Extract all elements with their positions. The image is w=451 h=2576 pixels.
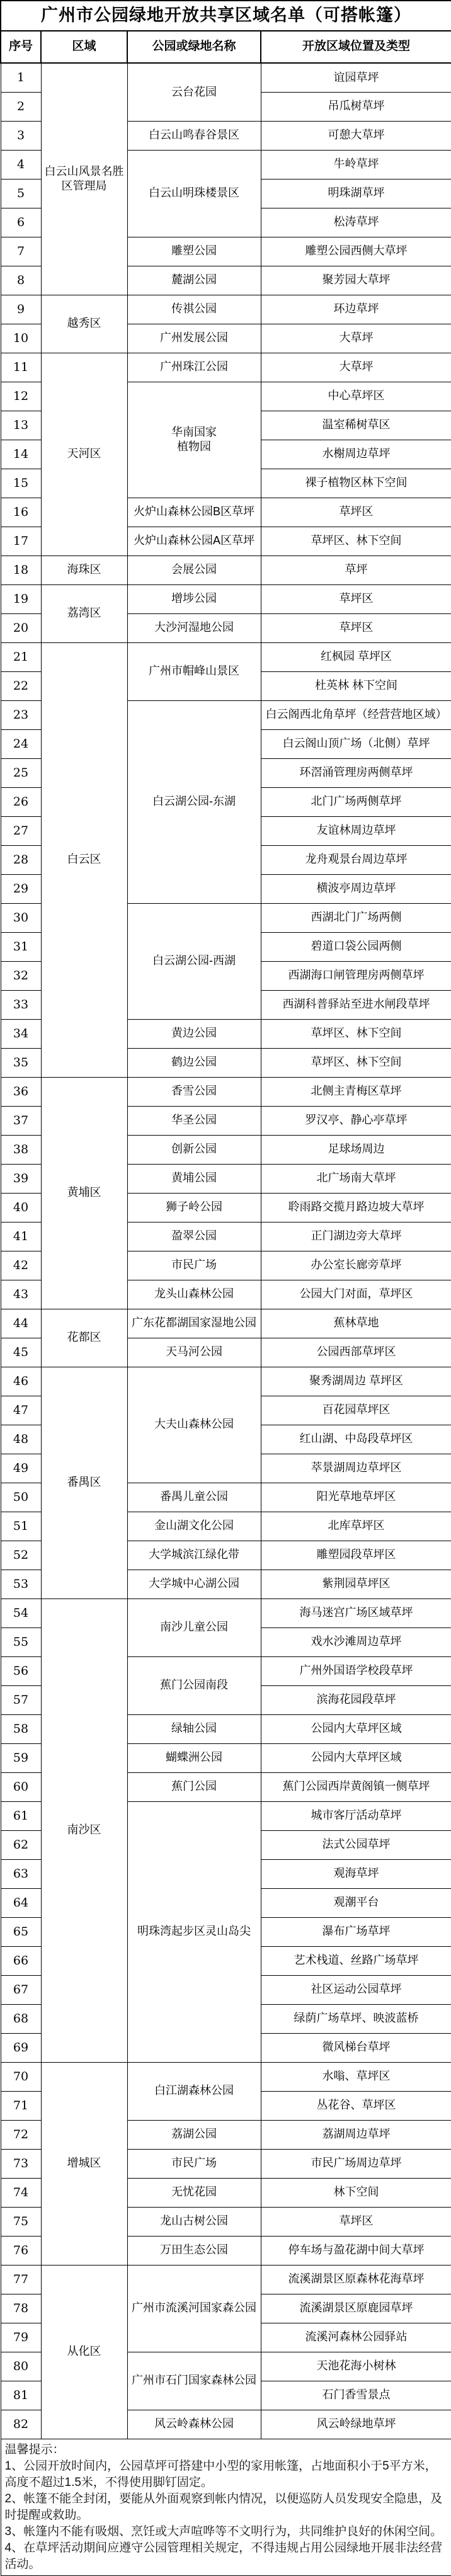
area-cell: 大草坪 [261, 324, 451, 353]
row-number: 50 [1, 1483, 41, 1512]
area-cell: 明珠湖草坪 [261, 179, 451, 208]
area-cell: 龙舟观景台周边草坪 [261, 845, 451, 874]
row-number: 31 [1, 932, 41, 961]
row-number: 48 [1, 1425, 41, 1454]
row-number: 80 [1, 2352, 41, 2381]
row-number: 17 [1, 527, 41, 556]
row-number: 58 [1, 1714, 41, 1743]
note-item: 1、公园开放时间内，公园草坪可搭建中小型的家用帐篷，占地面积小于5平方米，高度不… [5, 2458, 448, 2491]
row-number: 7 [1, 237, 41, 266]
area-cell: 雕塑公园西侧大草坪 [261, 237, 451, 266]
notes-heading: 温馨提示： [5, 2442, 448, 2458]
park-cell: 白云湖公园-西湖 [127, 903, 261, 1019]
park-cell: 盈翠公园 [127, 1222, 261, 1251]
area-cell: 草坪区 [261, 584, 451, 613]
row-number: 24 [1, 729, 41, 758]
table-row: 19荔湾区增埗公园草坪区 [1, 584, 451, 613]
table-row: 36黄埔区香雪公园北侧主青梅区草坪 [1, 1077, 451, 1106]
table-row: 77从化区广州市流溪河国家森公园流溪湖景区原森林花海草坪 [1, 2265, 451, 2294]
row-number: 16 [1, 498, 41, 527]
area-cell: 白云阁山顶广场（北侧）草坪 [261, 729, 451, 758]
park-cell: 大夫山森林公园 [127, 1367, 261, 1483]
row-number: 54 [1, 1599, 41, 1627]
row-number: 41 [1, 1222, 41, 1251]
row-number: 49 [1, 1454, 41, 1483]
row-number: 61 [1, 1801, 41, 1830]
table-row: 9越秀区传祺公园环边草坪 [1, 295, 451, 324]
park-cell: 增埗公园 [127, 584, 261, 613]
park-cell: 明珠湾起步区灵山岛尖 [127, 1801, 261, 2062]
row-number: 3 [1, 121, 41, 150]
row-number: 59 [1, 1743, 41, 1772]
area-cell: 谊园草坪 [261, 63, 451, 92]
area-cell: 聚芳园大草坪 [261, 266, 451, 295]
row-number: 33 [1, 990, 41, 1019]
area-cell: 聚秀湖周边 草坪区 [261, 1367, 451, 1396]
row-number: 5 [1, 179, 41, 208]
district-cell: 荔湾区 [41, 584, 127, 642]
area-cell: 草坪区 [261, 613, 451, 642]
district-cell: 黄埔区 [41, 1077, 127, 1309]
area-cell: 社区运动公园草坪 [261, 1975, 451, 2004]
park-cell: 龙头山森林公园 [127, 1280, 261, 1309]
row-number: 22 [1, 671, 41, 700]
district-cell: 南沙区 [41, 1599, 127, 2062]
park-cell: 无忧花园 [127, 2178, 261, 2207]
park-cell: 鹤边公园 [127, 1048, 261, 1077]
row-number: 52 [1, 1541, 41, 1570]
row-number: 56 [1, 1656, 41, 1685]
table-row: 1白云山风景名胜区管理局云台花园谊园草坪 [1, 63, 451, 92]
row-number: 74 [1, 2178, 41, 2207]
area-cell: 办公室长廊旁草坪 [261, 1251, 451, 1280]
area-cell: 环滘涌管理房两侧草坪 [261, 758, 451, 787]
area-cell: 北广场南大草坪 [261, 1164, 451, 1193]
area-cell: 风云岭绿地草坪 [261, 2410, 451, 2439]
row-number: 81 [1, 2381, 41, 2410]
area-cell: 流溪湖景区原森林花海草坪 [261, 2265, 451, 2294]
area-cell: 西湖北门广场两侧 [261, 903, 451, 932]
note-item: 3、帐篷内不能有吸烟、烹饪或大声喧哗等不文明行为，共同维护良好的休闲空间。 [5, 2524, 448, 2540]
area-cell: 阳光草地草坪区 [261, 1483, 451, 1512]
area-cell: 蕉林草地 [261, 1309, 451, 1338]
park-cell: 荔湖公园 [127, 2120, 261, 2149]
row-number: 46 [1, 1367, 41, 1396]
area-cell: 草坪区 [261, 498, 451, 527]
park-cell: 大沙河湿地公园 [127, 613, 261, 642]
park-cell: 龙山古树公园 [127, 2207, 261, 2236]
park-cell: 绿轴公园 [127, 1714, 261, 1743]
area-cell: 横波亭周边草坪 [261, 874, 451, 903]
park-cell: 白云山明珠楼景区 [127, 150, 261, 237]
area-cell: 足球场周边 [261, 1135, 451, 1164]
table-row: 18海珠区会展公园草坪 [1, 556, 451, 584]
row-number: 29 [1, 874, 41, 903]
row-number: 64 [1, 1888, 41, 1917]
row-number: 27 [1, 816, 41, 845]
park-cell: 番禺儿童公园 [127, 1483, 261, 1512]
row-number: 78 [1, 2294, 41, 2323]
row-number: 43 [1, 1280, 41, 1309]
area-cell: 天池花海小树林 [261, 2352, 451, 2381]
area-cell: 雕塑园段草坪区 [261, 1541, 451, 1570]
row-number: 25 [1, 758, 41, 787]
park-cell: 狮子岭公园 [127, 1193, 261, 1222]
area-cell: 环边草坪 [261, 295, 451, 324]
row-number: 2 [1, 92, 41, 121]
row-number: 15 [1, 469, 41, 498]
row-number: 28 [1, 845, 41, 874]
area-cell: 草坪区、林下空间 [261, 1019, 451, 1048]
row-number: 75 [1, 2207, 41, 2236]
row-number: 76 [1, 2236, 41, 2265]
area-cell: 红枫园 草坪区 [261, 642, 451, 671]
row-number: 73 [1, 2149, 41, 2178]
row-number: 70 [1, 2062, 41, 2091]
row-number: 69 [1, 2033, 41, 2062]
row-number: 39 [1, 1164, 41, 1193]
row-number: 57 [1, 1685, 41, 1714]
district-cell: 白云区 [41, 642, 127, 1077]
area-cell: 可憩大草坪 [261, 121, 451, 150]
row-number: 68 [1, 2004, 41, 2033]
area-cell: 海马迷宫广场区域草坪 [261, 1599, 451, 1627]
row-number: 4 [1, 150, 41, 179]
area-cell: 荔湖周边草坪 [261, 2120, 451, 2149]
park-cell: 广州市流溪河国家森公园 [127, 2265, 261, 2352]
row-number: 45 [1, 1338, 41, 1367]
area-cell: 草坪区 [261, 2207, 451, 2236]
area-cell: 停车场与盈花湖中间大草坪 [261, 2236, 451, 2265]
row-number: 8 [1, 266, 41, 295]
park-cell: 广州市石门国家森林公园 [127, 2352, 261, 2410]
park-cell: 广州珠江公园 [127, 353, 261, 382]
park-cell: 金山湖文化公园 [127, 1512, 261, 1541]
row-number: 60 [1, 1772, 41, 1801]
park-cell: 万田生态公园 [127, 2236, 261, 2265]
area-cell: 裸子植物区林下空间 [261, 469, 451, 498]
park-cell: 雕塑公园 [127, 237, 261, 266]
park-cell: 广州市帽峰山景区 [127, 642, 261, 700]
area-cell: 西湖科普驿站至进水闸段草坪 [261, 990, 451, 1019]
area-cell: 牛岭草坪 [261, 150, 451, 179]
area-cell: 碧道口袋公园两侧 [261, 932, 451, 961]
park-cell: 市民广场 [127, 1251, 261, 1280]
park-cell: 蕉门公园 [127, 1772, 261, 1801]
district-cell: 番禺区 [41, 1367, 127, 1599]
park-cell: 天马河公园 [127, 1338, 261, 1367]
area-cell: 公园大门对面，草坪区 [261, 1280, 451, 1309]
row-number: 42 [1, 1251, 41, 1280]
area-cell: 市民广场周边草坪 [261, 2149, 451, 2178]
park-cell: 香雪公园 [127, 1077, 261, 1106]
park-cell: 大学城中心湖公园 [127, 1570, 261, 1599]
area-cell: 观海草坪 [261, 1859, 451, 1888]
area-cell: 北侧主青梅区草坪 [261, 1077, 451, 1106]
area-cell: 公园内大草坪区域 [261, 1743, 451, 1772]
area-cell: 北门广场两侧草坪 [261, 787, 451, 816]
col-header-number: 序号 [1, 31, 41, 63]
row-number: 30 [1, 903, 41, 932]
table-row: 46番禺区大夫山森林公园聚秀湖周边 草坪区 [1, 1367, 451, 1396]
note-item: 4、在草坪活动期间应遵守公园管理相关规定，不得违规占用公园绿地开展非法经营活动。 [5, 2540, 448, 2573]
notes-cell: 温馨提示：1、公园开放时间内，公园草坪可搭建中小型的家用帐篷，占地面积小于5平方… [1, 2439, 451, 2575]
table-body: 1白云山风景名胜区管理局云台花园谊园草坪2吊瓜树草坪3白云山鸣春谷景区可憩大草坪… [1, 63, 451, 2439]
area-cell: 微风梯台草坪 [261, 2033, 451, 2062]
row-number: 77 [1, 2265, 41, 2294]
row-number: 19 [1, 584, 41, 613]
park-cell: 白江湖森林公园 [127, 2062, 261, 2120]
row-number: 47 [1, 1396, 41, 1425]
row-number: 32 [1, 961, 41, 990]
col-header-area: 开放区域位置及类型 [261, 31, 451, 63]
row-number: 66 [1, 1946, 41, 1975]
area-cell: 温室稀树草区 [261, 411, 451, 440]
area-cell: 流溪河森林公园驿站 [261, 2323, 451, 2352]
district-cell: 天河区 [41, 353, 127, 556]
park-cell: 华南国家 植物园 [127, 382, 261, 498]
area-cell: 流溪湖景区原鹿园草坪 [261, 2294, 451, 2323]
park-cell: 蕉门公园南段 [127, 1656, 261, 1714]
area-cell: 大草坪 [261, 353, 451, 382]
row-number: 71 [1, 2091, 41, 2120]
area-cell: 水嗡、草坪区 [261, 2062, 451, 2091]
area-cell: 北库草坪区 [261, 1512, 451, 1541]
park-cell: 风云岭森林公园 [127, 2410, 261, 2439]
park-cell: 会展公园 [127, 556, 261, 584]
area-cell: 萃景湖周边草坪区 [261, 1454, 451, 1483]
table-row: 44花都区广东花都湖国家湿地公园蕉林草地 [1, 1309, 451, 1338]
park-cell: 传祺公园 [127, 295, 261, 324]
park-cell: 麓湖公园 [127, 266, 261, 295]
area-cell: 广州外国语学校段草坪 [261, 1656, 451, 1685]
park-cell: 火炉山森林公园B区草坪 [127, 498, 261, 527]
row-number: 82 [1, 2410, 41, 2439]
park-cell: 广州发展公园 [127, 324, 261, 353]
row-number: 36 [1, 1077, 41, 1106]
title-row: 广州市公园绿地开放共享区域名单（可搭帐篷） [1, 1, 451, 31]
park-cell: 市民广场 [127, 2149, 261, 2178]
row-number: 11 [1, 353, 41, 382]
row-number: 65 [1, 1917, 41, 1946]
row-number: 40 [1, 1193, 41, 1222]
park-cell: 蝴蝶洲公园 [127, 1743, 261, 1772]
area-cell: 公园西部草坪区 [261, 1338, 451, 1367]
park-cell: 黄埔公园 [127, 1164, 261, 1193]
park-cell: 黄边公园 [127, 1019, 261, 1048]
area-cell: 法式公园草坪 [261, 1830, 451, 1859]
district-cell: 越秀区 [41, 295, 127, 353]
area-cell: 石门香雪景点 [261, 2381, 451, 2410]
district-cell: 海珠区 [41, 556, 127, 584]
park-cell: 广东花都湖国家湿地公园 [127, 1309, 261, 1338]
area-cell: 中心草坪区 [261, 382, 451, 411]
area-cell: 聆雨路交揽月路边坡大草坪 [261, 1193, 451, 1222]
row-number: 35 [1, 1048, 41, 1077]
row-number: 51 [1, 1512, 41, 1541]
area-cell: 西湖海口闸管理房两侧草坪 [261, 961, 451, 990]
park-cell: 大学城滨江绿化带 [127, 1541, 261, 1570]
area-cell: 蕉门公园西岸黄阁镇一侧草坪 [261, 1772, 451, 1801]
table-row: 21白云区广州市帽峰山景区红枫园 草坪区 [1, 642, 451, 671]
area-cell: 绿荫广场草坪、映波蓝桥 [261, 2004, 451, 2033]
row-number: 12 [1, 382, 41, 411]
district-cell: 从化区 [41, 2265, 127, 2439]
parks-table: 广州市公园绿地开放共享区域名单（可搭帐篷） 序号 区域 公园或绿地名称 开放区域… [0, 0, 451, 2576]
park-cell: 白云湖公园-东湖 [127, 700, 261, 903]
row-number: 10 [1, 324, 41, 353]
row-number: 6 [1, 208, 41, 237]
park-cell: 云台花园 [127, 63, 261, 121]
row-number: 13 [1, 411, 41, 440]
col-header-park: 公园或绿地名称 [127, 31, 261, 63]
park-cell: 创新公园 [127, 1135, 261, 1164]
district-cell: 增城区 [41, 2062, 127, 2265]
area-cell: 罗汉亭、静心亭草坪 [261, 1106, 451, 1135]
park-cell: 华圣公园 [127, 1106, 261, 1135]
row-number: 1 [1, 63, 41, 92]
district-cell: 白云山风景名胜区管理局 [41, 63, 127, 295]
area-cell: 吊瓜树草坪 [261, 92, 451, 121]
notes-section: 温馨提示：1、公园开放时间内，公园草坪可搭建中小型的家用帐篷，占地面积小于5平方… [1, 2439, 451, 2575]
page-title: 广州市公园绿地开放共享区域名单（可搭帐篷） [1, 1, 451, 31]
row-number: 20 [1, 613, 41, 642]
park-cell: 火炉山森林公园A区草坪 [127, 527, 261, 556]
area-cell: 百花园草坪区 [261, 1396, 451, 1425]
table-row: 54南沙区南沙儿童公园海马迷宫广场区域草坪 [1, 1599, 451, 1627]
area-cell: 滨海花园段草坪 [261, 1685, 451, 1714]
area-cell: 白云阁西北角草坪（经营营地区域） [261, 700, 451, 729]
area-cell: 戏水沙滩周边草坪 [261, 1627, 451, 1656]
park-cell: 南沙儿童公园 [127, 1599, 261, 1656]
row-number: 14 [1, 440, 41, 469]
row-number: 9 [1, 295, 41, 324]
area-cell: 友谊林周边草坪 [261, 816, 451, 845]
row-number: 38 [1, 1135, 41, 1164]
row-number: 18 [1, 556, 41, 584]
row-number: 63 [1, 1859, 41, 1888]
table-row: 11天河区广州珠江公园大草坪 [1, 353, 451, 382]
area-cell: 草坪区、林下空间 [261, 527, 451, 556]
notes-row: 温馨提示：1、公园开放时间内，公园草坪可搭建中小型的家用帐篷，占地面积小于5平方… [1, 2439, 451, 2575]
row-number: 53 [1, 1570, 41, 1599]
row-number: 72 [1, 2120, 41, 2149]
row-number: 34 [1, 1019, 41, 1048]
area-cell: 林下空间 [261, 2178, 451, 2207]
area-cell: 红山湖、中岛段草坪区 [261, 1425, 451, 1454]
area-cell: 瀑布广场草坪 [261, 1917, 451, 1946]
area-cell: 丛花谷、草坪区 [261, 2091, 451, 2120]
area-cell: 水榭周边草坪 [261, 440, 451, 469]
row-number: 21 [1, 642, 41, 671]
area-cell: 正门湖边旁大草坪 [261, 1222, 451, 1251]
area-cell: 松涛草坪 [261, 208, 451, 237]
district-cell: 花都区 [41, 1309, 127, 1367]
row-number: 67 [1, 1975, 41, 2004]
row-number: 26 [1, 787, 41, 816]
area-cell: 紫荆园草坪区 [261, 1570, 451, 1599]
row-number: 62 [1, 1830, 41, 1859]
area-cell: 城市客厅活动草坪 [261, 1801, 451, 1830]
row-number: 23 [1, 700, 41, 729]
col-header-district: 区域 [41, 31, 127, 63]
area-cell: 艺术栈道、丝路广场草坪 [261, 1946, 451, 1975]
row-number: 55 [1, 1627, 41, 1656]
area-cell: 草坪 [261, 556, 451, 584]
note-item: 2、帐篷不能全封闭，要能从外面观察到帐内情况，以便巡防人员发现安全隐患，及时提醒… [5, 2491, 448, 2524]
row-number: 37 [1, 1106, 41, 1135]
park-cell: 白云山鸣春谷景区 [127, 121, 261, 150]
area-cell: 杜英林 林下空间 [261, 671, 451, 700]
row-number: 44 [1, 1309, 41, 1338]
table-row: 70增城区白江湖森林公园水嗡、草坪区 [1, 2062, 451, 2091]
area-cell: 草坪区、林下空间 [261, 1048, 451, 1077]
row-number: 79 [1, 2323, 41, 2352]
area-cell: 观潮平台 [261, 1888, 451, 1917]
area-cell: 公园内大草坪区域 [261, 1714, 451, 1743]
header-row: 序号 区域 公园或绿地名称 开放区域位置及类型 [1, 31, 451, 63]
